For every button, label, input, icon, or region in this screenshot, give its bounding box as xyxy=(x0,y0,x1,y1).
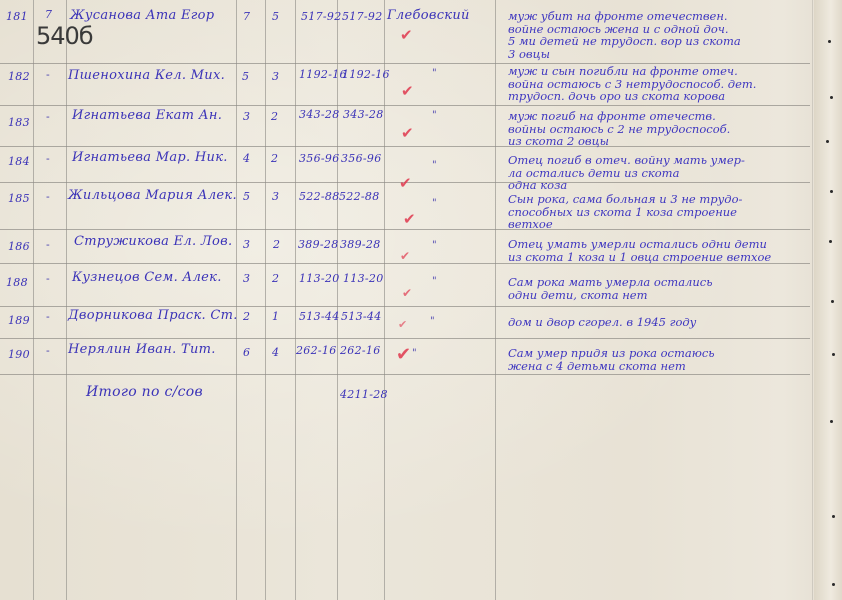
grid-line-vertical xyxy=(295,0,296,600)
reason-note: Отец умать умерли остались одни дети из … xyxy=(508,238,771,263)
grid-line-vertical xyxy=(33,0,34,600)
family-members: 3 xyxy=(243,110,250,123)
row-col2: - xyxy=(46,238,50,251)
total-sum: 4211-28 xyxy=(340,388,388,401)
grid-line-vertical xyxy=(236,0,237,600)
ditto-mark: " xyxy=(432,240,437,251)
sum-exempted: 522-88 xyxy=(339,190,380,203)
village-council: Глебовский xyxy=(387,8,470,23)
check-mark-icon: ✔ xyxy=(398,318,407,331)
person-name: Жусанова Ата Егор xyxy=(70,8,214,23)
row-number: 183 xyxy=(8,116,30,129)
family-members: 6 xyxy=(243,346,250,359)
row-col2: - xyxy=(46,110,50,123)
paper-speck xyxy=(832,515,835,518)
grid-line-vertical xyxy=(66,0,67,600)
family-members: 4 xyxy=(243,152,250,165)
sum-assessed: 262-16 xyxy=(296,344,337,357)
children-count: 2 xyxy=(271,152,278,165)
check-mark-icon: ✔ xyxy=(396,344,411,365)
sum-assessed: 517-92 xyxy=(301,10,342,23)
row-divider xyxy=(0,338,810,339)
ditto-mark: " xyxy=(432,160,437,171)
row-divider xyxy=(0,306,810,307)
sum-exempted: 517-92 xyxy=(342,10,383,23)
sum-exempted: 513-44 xyxy=(341,310,382,323)
sum-exempted: 356-96 xyxy=(341,152,382,165)
row-col2: - xyxy=(46,152,50,165)
family-members: 2 xyxy=(243,310,250,323)
family-members: 7 xyxy=(243,10,250,23)
person-name: Пшенохина Кел. Мих. xyxy=(68,68,225,83)
children-count: 3 xyxy=(272,70,279,83)
reason-note: Сам рока мать умерла остались одни дети,… xyxy=(508,276,712,301)
children-count: 2 xyxy=(271,110,278,123)
check-mark-icon: ✔ xyxy=(400,249,410,263)
row-number: 182 xyxy=(8,70,30,83)
grid-line-vertical xyxy=(265,0,266,600)
sum-assessed: 513-44 xyxy=(299,310,340,323)
reason-note: Отец погиб в отеч. войну мать умер- ла о… xyxy=(508,154,745,192)
children-count: 3 xyxy=(272,190,279,203)
row-col2: - xyxy=(46,344,50,357)
family-members: 5 xyxy=(242,70,249,83)
ditto-mark: " xyxy=(432,276,437,287)
check-mark-icon: ✔ xyxy=(402,286,412,300)
person-name: Дворникова Праск. Ст. xyxy=(68,308,238,323)
reason-note: муж убит на фронте отечествен. войне ост… xyxy=(508,10,741,60)
person-name: Жильцова Мария Алек. xyxy=(68,188,237,203)
person-name: Нерялин Иван. Тит. xyxy=(68,342,216,357)
sum-exempted: 389-28 xyxy=(340,238,381,251)
row-col2: 7 xyxy=(45,8,52,21)
paper-speck xyxy=(832,353,835,356)
grid-line-vertical xyxy=(384,0,385,600)
row-number: 181 xyxy=(6,10,28,23)
sum-exempted: 1192-16 xyxy=(342,68,390,81)
row-number: 185 xyxy=(8,192,30,205)
ditto-mark: " xyxy=(432,110,437,121)
sum-assessed: 522-88 xyxy=(299,190,340,203)
sum-assessed: 113-20 xyxy=(299,272,340,285)
person-name: Стружикова Ел. Лов. xyxy=(74,234,232,249)
paper-speck xyxy=(826,140,829,143)
sum-assessed: 343-28 xyxy=(299,108,340,121)
person-name: Игнатьева Мар. Ник. xyxy=(72,150,228,165)
check-mark-icon: ✔ xyxy=(401,82,414,100)
family-members: 3 xyxy=(243,238,250,251)
ditto-mark: " xyxy=(412,348,417,359)
total-label: Итого по с/сов xyxy=(86,384,203,400)
check-mark-icon: ✔ xyxy=(401,124,414,142)
sum-exempted: 343-28 xyxy=(343,108,384,121)
row-divider xyxy=(0,105,810,106)
row-divider xyxy=(0,374,810,375)
row-number: 188 xyxy=(6,276,28,289)
children-count: 1 xyxy=(272,310,279,323)
row-col2: - xyxy=(46,272,50,285)
sum-assessed: 356-96 xyxy=(299,152,340,165)
row-number: 189 xyxy=(8,314,30,327)
row-number: 184 xyxy=(8,155,30,168)
row-number: 186 xyxy=(8,240,30,253)
sheet-number: 540б xyxy=(36,22,93,50)
paper-speck xyxy=(832,583,835,586)
paper-speck xyxy=(829,240,832,243)
paper-speck xyxy=(830,96,833,99)
ditto-mark: " xyxy=(432,198,437,209)
row-col2: - xyxy=(46,68,50,81)
sum-exempted: 113-20 xyxy=(343,272,384,285)
grid-line-vertical xyxy=(812,0,813,600)
grid-line-vertical xyxy=(337,0,338,600)
reason-note: муж погиб на фронте отечеств. войны оста… xyxy=(508,110,730,148)
ditto-mark: " xyxy=(430,316,435,327)
family-members: 5 xyxy=(243,190,250,203)
person-name: Игнатьева Екат Ан. xyxy=(72,108,222,123)
check-mark-icon: ✔ xyxy=(400,26,413,44)
paper-speck xyxy=(830,420,833,423)
sum-exempted: 262-16 xyxy=(340,344,381,357)
family-members: 3 xyxy=(243,272,250,285)
reason-note: Сам умер придя из рока остаюсь жена с 4 … xyxy=(508,347,715,372)
children-count: 2 xyxy=(272,272,279,285)
row-number: 190 xyxy=(8,348,30,361)
ditto-mark: " xyxy=(432,68,437,79)
reason-note: дом и двор сгорел. в 1945 году xyxy=(508,316,696,329)
grid-line-vertical xyxy=(495,0,496,600)
sum-assessed: 1192-16 xyxy=(299,68,347,81)
sum-assessed: 389-28 xyxy=(298,238,339,251)
paper-speck xyxy=(828,40,831,43)
children-count: 5 xyxy=(272,10,279,23)
person-name: Кузнецов Сем. Алек. xyxy=(72,270,222,285)
reason-note: муж и сын погибли на фронте отеч. война … xyxy=(508,65,756,103)
row-col2: - xyxy=(46,310,50,323)
paper-speck xyxy=(830,190,833,193)
check-mark-icon: ✔ xyxy=(403,210,416,228)
children-count: 4 xyxy=(272,346,279,359)
reason-note: Сын рока, сама больная и 3 не трудо- спо… xyxy=(508,193,742,231)
paper-speck xyxy=(831,300,834,303)
row-col2: - xyxy=(46,190,50,203)
check-mark-icon: ✔ xyxy=(399,174,412,192)
page-edge xyxy=(814,0,842,600)
children-count: 2 xyxy=(273,238,280,251)
